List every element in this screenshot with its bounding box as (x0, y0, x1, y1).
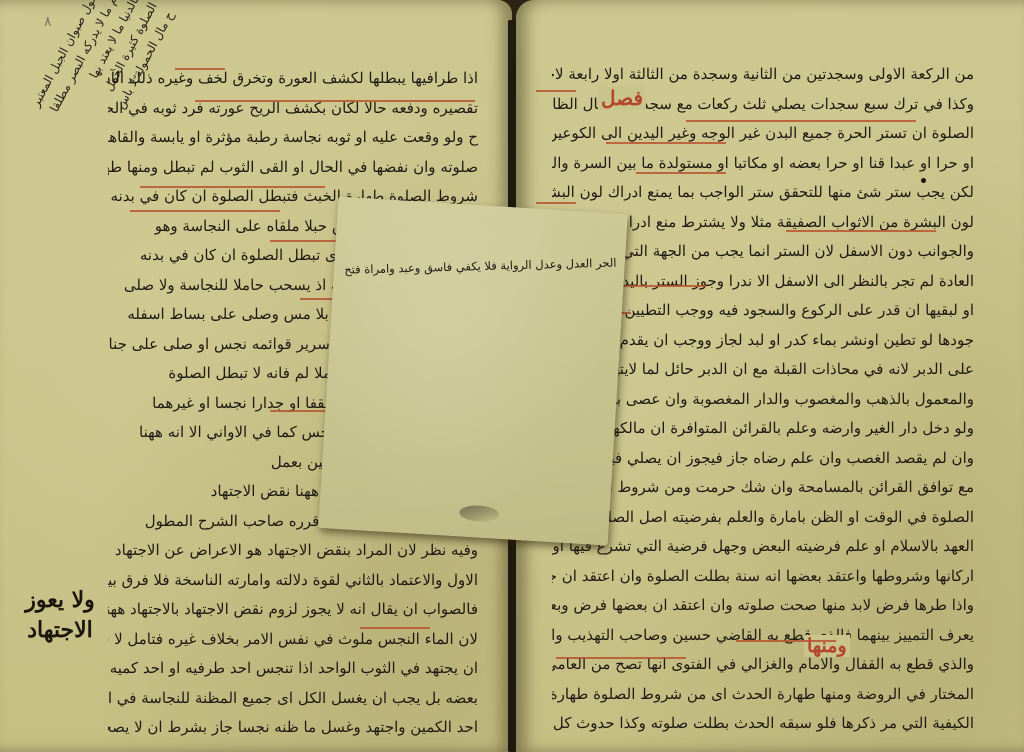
rubric-rule (686, 120, 916, 122)
text-line: المختار في الروضة ومنها طهارة الحدث اى م… (552, 680, 974, 710)
rubric-rule (175, 68, 225, 70)
rubric-wa-minha: ومنها (804, 635, 850, 657)
rubric-rule (736, 640, 836, 642)
text-line: الصلوة في الوقت او الظن بامارة والعلم بف… (552, 503, 974, 533)
rubric-fasl: فصل (598, 86, 646, 110)
rubric-rule (130, 210, 280, 212)
marginal-heading: ولا يعوز الاجتهاد (20, 585, 100, 645)
rubric-rule (556, 657, 686, 659)
text-line: صلوته وان نفضها في الحال او القى الثوب ل… (108, 153, 478, 183)
text-line: وفيه نظر لان المراد بنقض الاجتهاد هو الا… (108, 536, 478, 566)
manuscript-photo: ٨ قديما ولو عول صبوان الجبل المعتبر الدم… (0, 0, 1024, 752)
text-line: يعرف التمييز بينهما فالذي قطع به القاضي … (552, 621, 974, 651)
rubric-rule (786, 230, 936, 232)
rubric-rule (536, 202, 576, 204)
text-line: الصلوة ان تستر الحرة جميع البدن غير الوج… (552, 119, 974, 149)
text-line: العهد بالاسلام او علم فرضيته البعض وجهل … (552, 532, 974, 562)
rubric-rule (270, 410, 325, 412)
text-line: تقصيره ودفعه حالا لكان بكشف الريح عورته … (108, 94, 478, 124)
text-line: ان يجتهد في الثوب الواحد اذا تنجس احد طر… (108, 654, 478, 684)
text-line: اذا طرافيها يبطلها لكشف العورة وتخرق لخف… (108, 64, 478, 94)
text-line: لكن يجب ستر شئ منها للتحقق ستر الواجب بم… (552, 178, 974, 208)
rubric-rule (140, 186, 325, 188)
text-line: وان لم يقصد الغصب وان علم رضاه جاز فيجوز… (552, 444, 974, 474)
text-line: والذي قطع به القفال والامام والغزالي في … (552, 650, 974, 680)
rubric-rule (536, 90, 576, 92)
text-line: لان الماء النجس ملوث في نفس الامر بخلاف … (108, 625, 478, 655)
text-line: او حرا او عبدا قنا او حرا بعضه او مكاتبا… (552, 149, 974, 179)
text-line: الاول والاعتماد بالثاني لقوة دلالته واما… (108, 566, 478, 596)
text-line: ح ولو وقعت عليه او ثوبه نجاسة رطبة مؤثرة… (108, 123, 478, 153)
rubric-rule (636, 172, 726, 174)
text-line: احد الكمين واجتهد وغسل ما ظنه نجسا جاز ب… (108, 713, 478, 743)
text-line: الكيفية التي مر ذكرها فلو سبقه الحدث بطل… (552, 709, 974, 739)
rubric-rule (360, 627, 430, 629)
ink-smudge (459, 504, 500, 522)
text-line: فالصواب ان يقال انه لا يجوز لزوم نقض الا… (108, 595, 478, 625)
slip-note: الحر العدل وعدل الرواية فلا يكفي فاسق وع… (386, 256, 616, 276)
inserted-paper-slip: الحر العدل وعدل الرواية فلا يكفي فاسق وع… (318, 196, 628, 545)
text-line: مع توافق القرائن بالمسامحة وان شك حرمت و… (552, 473, 974, 503)
text-line: اركانها وشروطها واعتقد بعضها انه سنة بطل… (552, 562, 974, 592)
text-line: واذا طرها فرض لابد منها صحت صلوته وان اع… (552, 591, 974, 621)
rubric-rule (606, 142, 726, 144)
text-line: بعضه بل يجب ان يغسل الكل اى جميع المظنة … (108, 684, 478, 714)
rubric-rule (195, 100, 475, 102)
